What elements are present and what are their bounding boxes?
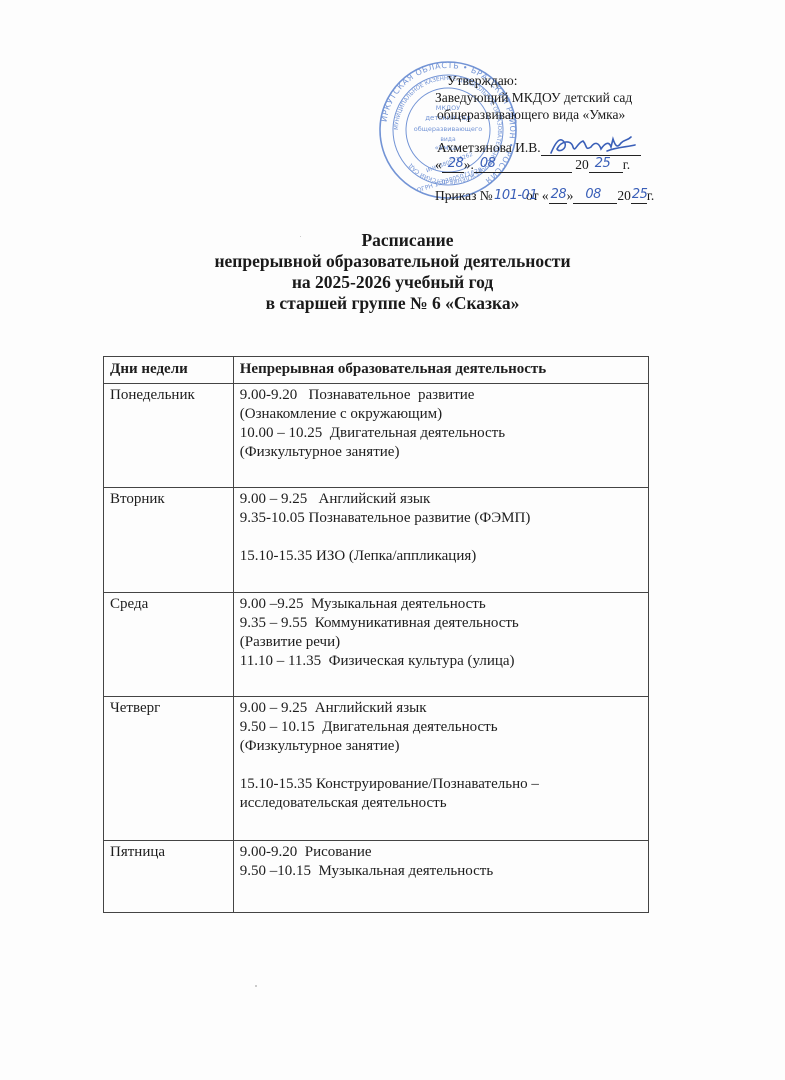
header-activities: Непрерывная образовательная деятельность — [233, 357, 648, 384]
order-year-suffix-value: 25 — [632, 186, 648, 203]
activity-line: 9.00-9.20 Рисование — [240, 843, 642, 862]
year-suffix-value: 25 — [595, 155, 611, 172]
table-row: Понедельник9.00-9.20 Познавательное разв… — [104, 384, 649, 488]
activity-line: (Развитие речи) — [240, 633, 642, 652]
activity-line: 9.00-9.20 Познавательное развитие — [240, 386, 642, 405]
day-cell: Понедельник — [104, 384, 234, 488]
title-line-3: на 2025-2026 учебный год — [0, 272, 785, 293]
activity-line: 15.10-15.35 ИЗО (Лепка/аппликация) — [240, 547, 642, 566]
signatory-name: Ахметзянова И.В. — [437, 140, 541, 155]
activity-line: 9.50 – 10.15 Двигательная деятельность — [240, 718, 642, 737]
activities-cell: 9.00 – 9.25 Английский язык9.35-10.05 По… — [233, 488, 648, 593]
date-close-quote: ». — [464, 157, 474, 172]
activity-line: (Физкультурное занятие) — [240, 737, 642, 756]
activities-cell: 9.00-9.20 Познавательное развитие(Ознако… — [233, 384, 648, 488]
activity-line: 9.35-10.05 Познавательное развитие (ФЭМП… — [240, 509, 642, 528]
title-line-1: Расписание — [30, 230, 785, 251]
table-row: Вторник9.00 – 9.25 Английский язык9.35-1… — [104, 488, 649, 593]
table-row: Среда9.00 –9.25 Музыкальная деятельность… — [104, 593, 649, 697]
order-year-prefix: 20 — [617, 188, 631, 203]
activity-line: (Физкультурное занятие) — [240, 443, 642, 462]
date-day-value: 28 — [448, 155, 464, 172]
activities-cell: 9.00 – 9.25 Английский язык9.50 – 10.15 … — [233, 697, 648, 841]
date-month-field: 08 — [474, 158, 572, 173]
header-days: Дни недели — [104, 357, 234, 384]
activity-line: 10.00 – 10.25 Двигательная деятельность — [240, 424, 642, 443]
order-close-quote: » — [567, 188, 574, 203]
table-header-row: Дни недели Непрерывная образовательная д… — [104, 357, 649, 384]
title-line-2: непрерывной образовательной деятельности — [0, 251, 785, 272]
activity-line: 9.00 – 9.25 Английский язык — [240, 699, 642, 718]
scan-speck — [300, 236, 301, 237]
activity-line: 9.00 –9.25 Музыкальная деятельность — [240, 595, 642, 614]
order-number-field: 101-01 — [496, 190, 526, 204]
activity-line: 9.50 –10.15 Музыкальная деятельность — [240, 862, 642, 881]
activity-line: 11.10 – 11.35 Физическая культура (улица… — [240, 652, 642, 671]
date-month-value: 08 — [480, 155, 496, 172]
activity-line: 9.00 – 9.25 Английский язык — [240, 490, 642, 509]
handwritten-signature-icon — [547, 135, 639, 157]
day-cell: Четверг — [104, 697, 234, 841]
activity-line: исследовательская деятельность — [240, 794, 642, 813]
activity-spacer — [240, 756, 642, 775]
date-line: «28».08 2025г. — [435, 156, 695, 173]
table-row: Пятница9.00-9.20 Рисование9.50 –10.15 Му… — [104, 841, 649, 913]
approval-block: Утверждаю: Заведующий МКДОУ детский сад … — [435, 72, 695, 204]
scan-speck — [255, 985, 257, 987]
signature-field — [541, 141, 641, 156]
date-open-quote: « — [435, 157, 442, 172]
activity-line: 9.35 – 9.55 Коммуникативная деятельность — [240, 614, 642, 633]
day-cell: Пятница — [104, 841, 234, 913]
order-number-value: 101-01 — [494, 187, 537, 204]
activities-cell: 9.00 –9.25 Музыкальная деятельность9.35 … — [233, 593, 648, 697]
document-title: Расписание непрерывной образовательной д… — [0, 230, 785, 314]
day-cell: Среда — [104, 593, 234, 697]
order-line: Приказ № 101-01от «28»082025г. — [435, 187, 695, 204]
activity-line: 15.10-15.35 Конструирование/Познавательн… — [240, 775, 642, 794]
order-year-unit: г. — [647, 188, 654, 203]
title-line-4: в старшей группе № 6 «Сказка» — [0, 293, 785, 314]
order-month-field: 08 — [573, 189, 617, 204]
order-day-value: 28 — [551, 186, 567, 203]
position-line-1: Заведующий МКДОУ детский сад — [435, 89, 695, 106]
approve-label: Утверждаю: — [435, 72, 695, 89]
activities-cell: 9.00-9.20 Рисование9.50 –10.15 Музыкальн… — [233, 841, 648, 913]
activity-spacer — [240, 528, 642, 547]
signature-line: Ахметзянова И.В. — [435, 139, 695, 156]
year-unit: г. — [623, 157, 630, 172]
year-prefix: 20 — [575, 157, 589, 172]
day-cell: Вторник — [104, 488, 234, 593]
activity-line: (Ознакомление с окружающим) — [240, 405, 642, 424]
date-day-field: 28 — [442, 158, 464, 173]
year-field: 25 — [589, 158, 623, 173]
order-label: Приказ № — [435, 188, 493, 203]
order-day-field: 28 — [549, 189, 567, 204]
schedule-table: Дни недели Непрерывная образовательная д… — [103, 356, 649, 913]
position-line-2: общеразвивающего вида «Умка» — [435, 106, 695, 123]
document-page: ИРКУТСКАЯ ОБЛАСТЬ • БРАТСКИЙ РАЙОН • РОС… — [0, 0, 785, 1080]
order-month-value: 08 — [585, 186, 601, 203]
order-year-field: 25 — [631, 189, 647, 204]
table-row: Четверг9.00 – 9.25 Английский язык9.50 –… — [104, 697, 649, 841]
